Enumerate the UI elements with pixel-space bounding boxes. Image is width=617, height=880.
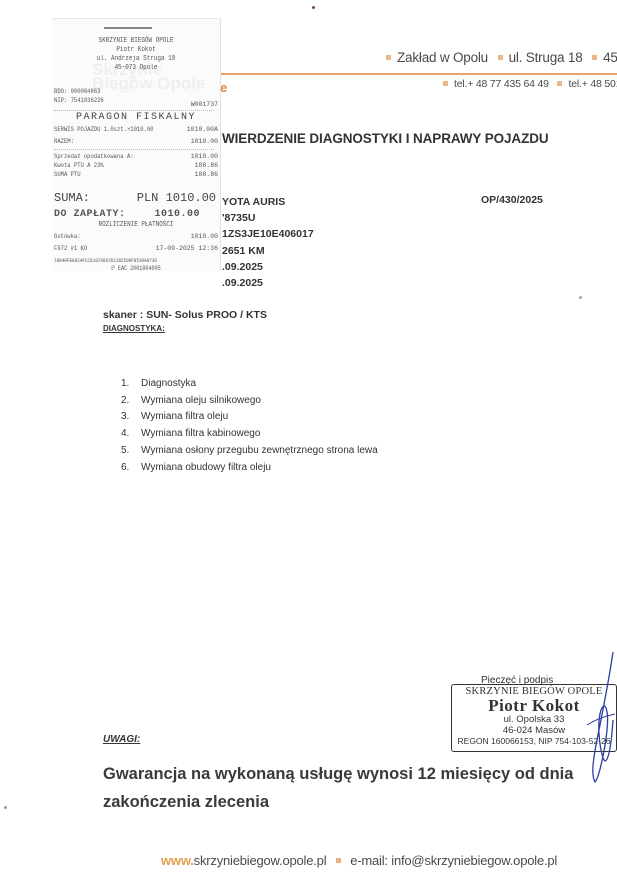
receipt-tear-mark (104, 27, 152, 29)
website-link[interactable]: skrzyniebiegow.opole.pl (194, 853, 327, 868)
receipt-vat-sum-value: 188.86 (195, 171, 218, 178)
receipt-code: W001737 (191, 101, 218, 108)
work-items-list: 1.Diagnostyka 2.Wymiana oleju silnikoweg… (121, 376, 378, 476)
email-link[interactable]: e-mail: info@skrzyniebiegow.opole.pl (350, 853, 557, 868)
item-text: Wymiana filtra kabinowego (141, 428, 260, 439)
receipt-total-value: PLN 1010.00 (137, 191, 216, 205)
receipt-cash-value: 1010.00 (191, 233, 218, 240)
scan-speck (579, 296, 582, 299)
vehicle-plate: '8735U (222, 210, 314, 226)
phone-2: tel.+ 48 501 411 (568, 78, 617, 90)
diagnostics-heading: DIAGNOSTYKA: (103, 324, 165, 333)
guarantee-text: Gwarancja na wykonaną usługę wynosi 12 m… (103, 760, 617, 816)
list-item: 5.Wymiana osłony przegubu zewnętrznego s… (121, 443, 378, 460)
item-text: Wymiana oleju silnikowego (141, 395, 261, 406)
receipt-owner: Piotr Kokot (65, 46, 208, 55)
date-end: .09.2025 (222, 275, 314, 291)
vehicle-vin: 1ZS3JE10E406017 (222, 226, 314, 242)
document-title: WIERDZENIE DIAGNOSTYKI I NAPRAWY POJAZDU (222, 131, 549, 146)
receipt-title: PARAGON FISKALNY (52, 112, 220, 123)
receipt-eac: ℙ EAC 2001004005 (65, 264, 208, 273)
receipt-nip: NIP: 7541036226 (54, 97, 104, 104)
list-item: 6.Wymiana obudowy filtra oleju (121, 460, 378, 477)
bullet-icon (386, 55, 391, 60)
phone-1: tel.+ 48 77 435 64 49 (454, 78, 549, 90)
receipt-eac-text: EAC 2001004005 (118, 265, 161, 272)
receipt-divider (54, 149, 214, 150)
receipt-item-value: 1010.00A (187, 126, 218, 133)
bullet-icon (592, 55, 597, 60)
address-location: Zakład w Opolu (397, 50, 488, 65)
receipt-razem-value: 1010.00 (191, 138, 218, 145)
item-number: 4. (121, 426, 141, 443)
fiscal-receipt: SkrzynieBiegów Opole SKRZYNIE BIEGÓW OPO… (52, 18, 221, 271)
receipt-bdo: BDO: 000084863 (54, 88, 100, 95)
item-number: 6. (121, 460, 141, 477)
item-number: 1. (121, 376, 141, 393)
item-number: 3. (121, 409, 141, 426)
receipt-pay-value: 1010.00 (154, 209, 200, 220)
remarks-label: UWAGI: (103, 734, 140, 745)
receipt-vat-label: Kwota PTU A 23% (54, 162, 104, 169)
item-number: 5. (121, 443, 141, 460)
list-item: 4.Wymiana filtra kabinowego (121, 426, 378, 443)
item-number: 2. (121, 393, 141, 410)
order-number: OP/430/2025 (481, 194, 543, 206)
scan-speck (312, 6, 315, 9)
receipt-street: ul. Andrzeja Struga 18 (65, 55, 208, 64)
website-prefix: www. (161, 853, 194, 868)
list-item: 1.Diagnostyka (121, 376, 378, 393)
receipt-divider (54, 110, 214, 111)
vehicle-mileage: 2651 KM (222, 243, 314, 259)
address-postcode: 45-073 Op (603, 50, 617, 65)
item-text: Wymiana obudowy filtra oleju (141, 462, 271, 473)
footer-contact: www.skrzyniebiegow.opole.pl e-mail: info… (161, 853, 557, 868)
vehicle-model: YOTA AURIS (222, 194, 314, 210)
fiscal-logo-icon: ℙ (111, 265, 118, 272)
letterhead-rule (220, 73, 617, 75)
receipt-vat-value: 188.86 (195, 162, 218, 169)
letterhead-phones: tel.+ 48 77 435 64 49 tel.+ 48 501 411 (437, 78, 617, 90)
list-item: 3.Wymiana filtra oleju (121, 409, 378, 426)
receipt-city: 45-073 Opole (65, 64, 208, 73)
receipt-vat-sum-label: SUMA PTU (54, 171, 81, 178)
receipt-settlement: ROZLICZENIE PŁATNOŚCI (65, 221, 208, 230)
scan-speck (4, 806, 7, 809)
receipt-hash: 78840FE8024FCC8187686351182500F8530A9730 (54, 257, 157, 264)
receipt-sale-label: Sprzedaż opodatkowana A: (54, 153, 134, 160)
receipt-register: F972 #1 KO (54, 245, 87, 252)
logo-fragment: e (220, 80, 227, 95)
receipt-company: SKRZYNIE BIEGÓW OPOLE (65, 37, 208, 46)
receipt-razem-label: RAZEM: (54, 138, 74, 145)
address-street: ul. Struga 18 (509, 50, 583, 65)
item-text: Wymiana filtra oleju (141, 411, 228, 422)
date-start: .09.2025 (222, 259, 314, 275)
receipt-pay-label: DO ZAPŁATY: (54, 209, 126, 220)
receipt-sale-value: 1010.00 (191, 153, 218, 160)
item-text: Wymiana osłony przegubu zewnętrznego str… (141, 445, 378, 456)
receipt-total-label: SUMA: (54, 191, 90, 205)
vehicle-data: YOTA AURIS '8735U 1ZS3JE10E406017 2651 K… (222, 194, 314, 291)
bullet-icon (498, 55, 503, 60)
receipt-item-label: SERWIS POJAZDU 1.0szt.×1010.00 (54, 126, 153, 133)
scanner-info: skaner : SUN- Solus PROO / KTS (103, 309, 267, 321)
item-text: Diagnostyka (141, 378, 196, 389)
receipt-cash-label: Gotówka: (54, 233, 81, 240)
list-item: 2.Wymiana oleju silnikowego (121, 393, 378, 410)
bullet-icon (336, 858, 341, 863)
receipt-datetime: 17-09-2025 12:36 (156, 245, 218, 252)
bullet-icon (557, 81, 562, 86)
letterhead-address: Zakład w Opolu ul. Struga 18 45-073 Op (380, 50, 617, 65)
bullet-icon (443, 81, 448, 86)
